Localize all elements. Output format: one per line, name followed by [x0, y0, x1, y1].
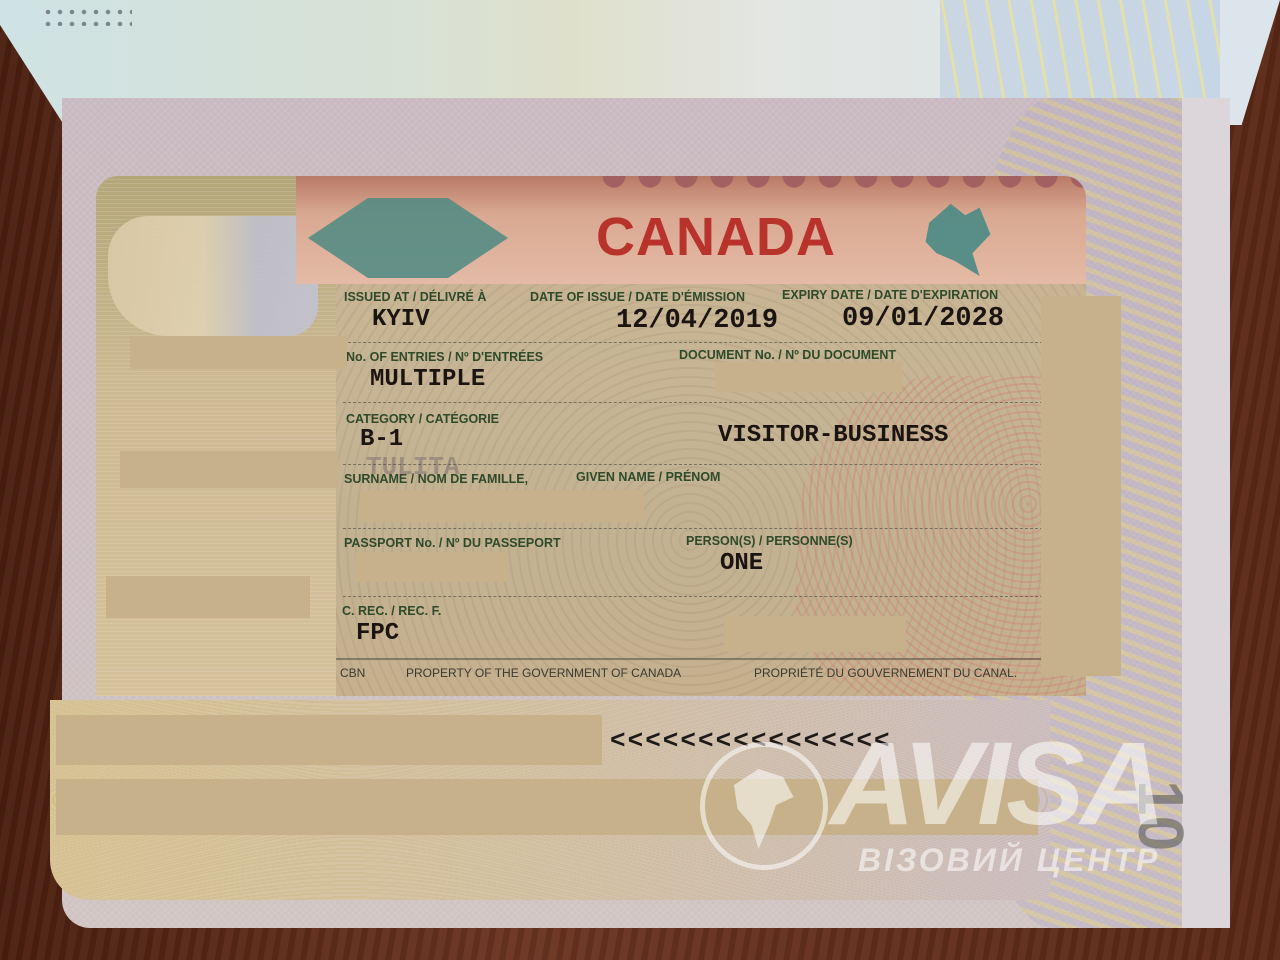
redacted-document-number [715, 362, 902, 392]
redacted-left-1 [130, 336, 347, 369]
persons-label: PERSON(S) / PERSONNE(S) [686, 534, 853, 548]
property-en: PROPERTY OF THE GOVERNMENT OF CANADA [406, 666, 681, 680]
hologram-photo [108, 216, 318, 336]
entries-label: No. OF ENTRIES / Nº D'ENTRÉES [346, 350, 543, 364]
watermark-brand: AVISA [830, 716, 1162, 852]
wave-border [596, 176, 1086, 200]
continent-shape [727, 769, 797, 849]
surname-label: SURNAME / NOM DE FAMILLE, [344, 472, 528, 486]
redacted-field [724, 616, 906, 652]
date-of-issue-value: 12/04/2019 [616, 306, 778, 336]
watermark-subtitle: ВІЗОВИЙ ЦЕНТР [858, 842, 1160, 879]
given-name-label: GIVEN NAME / PRÉNOM [576, 470, 720, 484]
divider [343, 596, 1043, 597]
avisa-watermark: AVISA ВІЗОВИЙ ЦЕНТР [700, 730, 1220, 890]
date-of-issue-label: DATE OF ISSUE / DATE D'ÉMISSION [530, 290, 745, 304]
redacted-mrz-line-1 [56, 715, 602, 765]
redacted-left-3 [106, 576, 310, 618]
footer-divider [336, 658, 1046, 660]
property-fr: PROPRIÉTÉ DU GOUVERNEMENT DU CANAL. [754, 666, 1017, 680]
perforation-dots [42, 6, 132, 26]
expiry-date-label: EXPIRY DATE / DATE D'EXPIRATION [782, 288, 998, 302]
divider [343, 342, 1043, 343]
redacted-left-2 [120, 451, 338, 488]
category-value: B-1 [360, 426, 403, 453]
c-rec-label: C. REC. / REC. F. [342, 604, 441, 618]
passport-no-label: PASSPORT No. / Nº DU PASSEPORT [344, 536, 561, 550]
c-rec-value: FPC [356, 620, 399, 647]
redacted-right-strip [1041, 296, 1121, 676]
document-no-label: DOCUMENT No. / Nº DU DOCUMENT [679, 348, 896, 362]
issued-at-value: KYIV [372, 306, 430, 333]
globe-icon [700, 742, 828, 870]
divider [343, 528, 1043, 529]
persons-value: ONE [720, 550, 763, 577]
visa-country-title: CANADA [596, 206, 836, 268]
visa-sticker: CANADA ISSUED AT / DÉLIVRÉ À DATE OF ISS… [96, 176, 1086, 696]
divider [343, 402, 1043, 403]
redacted-passport-number [356, 552, 508, 582]
entries-value: MULTIPLE [370, 366, 485, 393]
issued-at-label: ISSUED AT / DÉLIVRÉ À [344, 290, 486, 304]
divider [343, 464, 1043, 465]
category-description: VISITOR-BUSINESS [718, 422, 948, 449]
expiry-date-value: 09/01/2028 [842, 304, 1004, 334]
redacted-name [360, 490, 644, 522]
printer-code: CBN [340, 666, 365, 680]
category-label: CATEGORY / CATÉGORIE [346, 412, 499, 426]
